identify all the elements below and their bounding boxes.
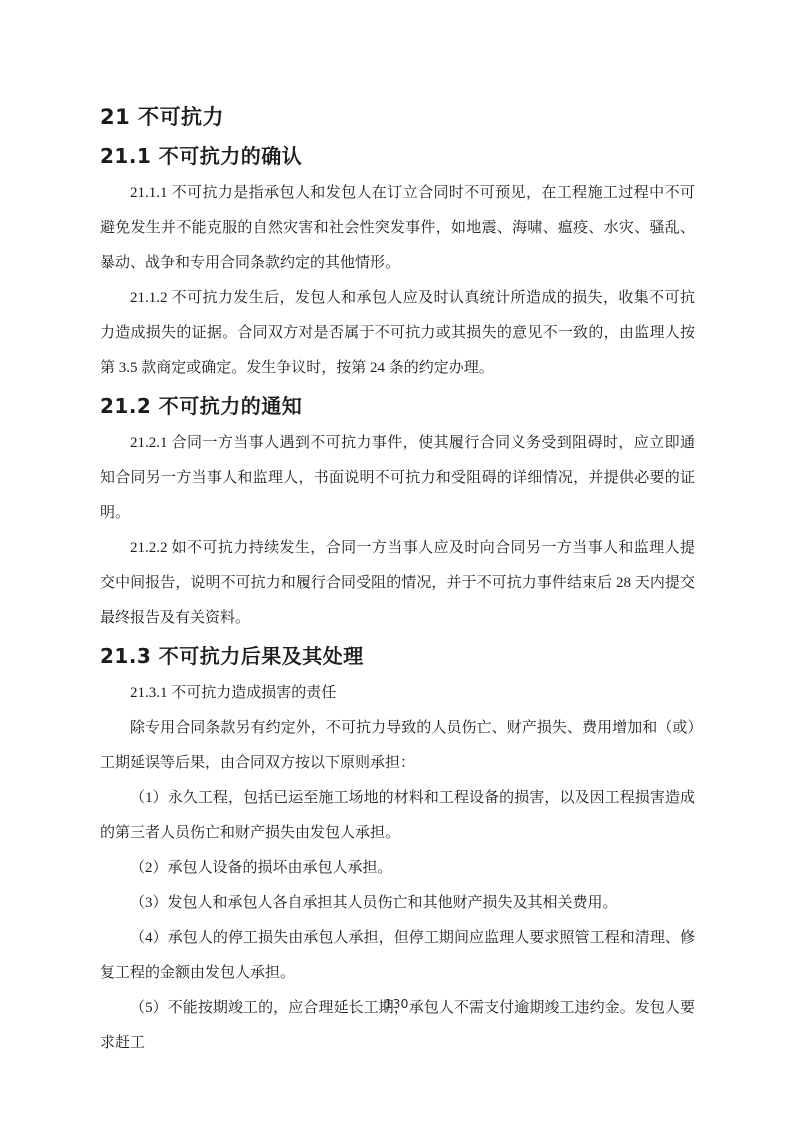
list-item-3: （3）发包人和承包人各自承担其人员伤亡和其他财产损失及其相关费用。	[100, 886, 695, 921]
section-heading-21-1: 21.1 不可抗力的确认	[100, 136, 695, 176]
clause-21-3-1-intro: 除专用合同条款另有约定外，不可抗力导致的人员伤亡、财产损失、费用增加和（或）工期…	[100, 711, 695, 781]
list-item-4: （4）承包人的停工损失由承包人承担，但停工期间应监理人要求照管工程和清理、修复工…	[100, 921, 695, 991]
page-number: 130	[0, 996, 793, 1011]
section-heading-21-2: 21.2 不可抗力的通知	[100, 386, 695, 426]
clause-21-2-2: 21.2.2 如不可抗力持续发生，合同一方当事人应及时向合同另一方当事人和监理人…	[100, 531, 695, 636]
list-item-1: （1）永久工程，包括已运至施工场地的材料和工程设备的损害，以及因工程损害造成的第…	[100, 781, 695, 851]
clause-21-2-1: 21.2.1 合同一方当事人遇到不可抗力事件，使其履行合同义务受到阻碍时，应立即…	[100, 426, 695, 531]
section-heading-21-3: 21.3 不可抗力后果及其处理	[100, 636, 695, 676]
clause-21-1-1: 21.1.1 不可抗力是指承包人和发包人在订立合同时不可预见，在工程施工过程中不…	[100, 176, 695, 281]
document-page: 21 不可抗力 21.1 不可抗力的确认 21.1.1 不可抗力是指承包人和发包…	[0, 0, 793, 1122]
list-item-2: （2）承包人设备的损坏由承包人承担。	[100, 851, 695, 886]
clause-21-3-1-title: 21.3.1 不可抗力造成损害的责任	[100, 676, 695, 711]
clause-21-1-2: 21.1.2 不可抗力发生后，发包人和承包人应及时认真统计所造成的损失，收集不可…	[100, 281, 695, 386]
section-heading-21: 21 不可抗力	[100, 98, 695, 136]
